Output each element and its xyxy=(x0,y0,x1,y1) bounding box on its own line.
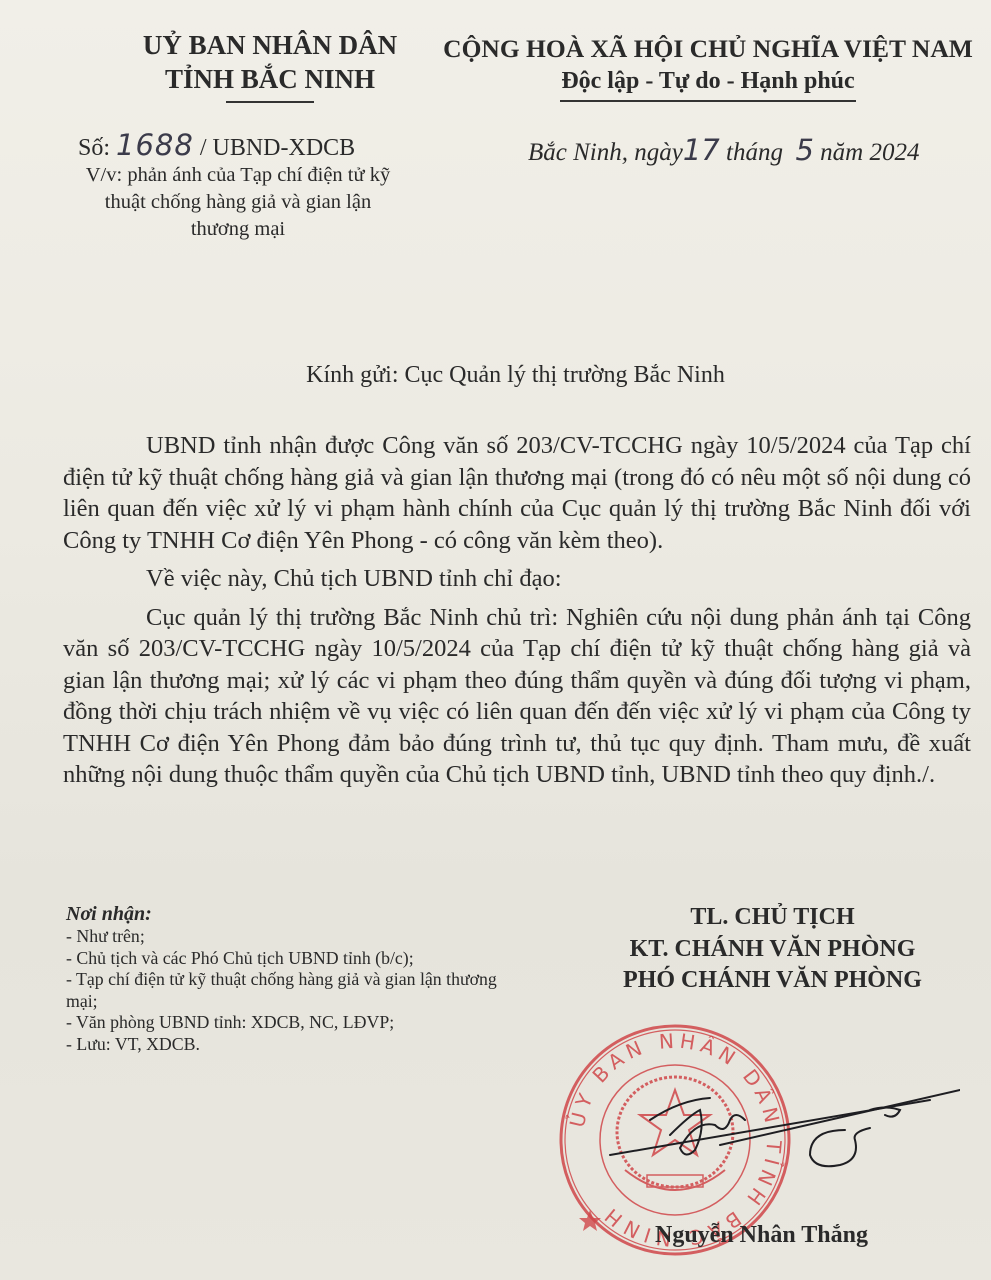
recipient-item: - Lưu: VT, XDCB. xyxy=(66,1034,506,1056)
date-year: năm 2024 xyxy=(820,139,919,166)
national-header: CỘNG HOÀ XÃ HỘI CHỦ NGHĨA VIỆT NAM Độc l… xyxy=(425,33,991,102)
signature-block: TL. CHỦ TỊCH KT. CHÁNH VĂN PHÒNG PHÓ CHÁ… xyxy=(545,902,991,997)
addressee: Kính gửi: Cục Quản lý thị trường Bắc Nin… xyxy=(0,362,991,389)
national-motto: Độc lập - Tự do - Hạnh phúc xyxy=(425,65,991,97)
agency-line-1: UỶ BAN NHÂN DÂN xyxy=(60,28,480,62)
signer-name: Nguyễn Nhân Thắng xyxy=(655,1222,868,1249)
handwritten-signature-icon xyxy=(600,1060,960,1170)
issuing-agency: UỶ BAN NHÂN DÂN TỈNH BẮC NINH xyxy=(60,28,480,103)
number-suffix: / UBND-XDCB xyxy=(200,135,355,161)
agency-line-2: TỈNH BẮC NINH xyxy=(60,62,480,96)
signer-role-2: KT. CHÁNH VĂN PHÒNG xyxy=(545,934,991,966)
number-handwritten: 1688 xyxy=(116,128,194,162)
signer-role-3: PHÓ CHÁNH VĂN PHÒNG xyxy=(545,965,991,997)
date-place: Bắc Ninh, ngày xyxy=(528,139,683,166)
date-month: 5 xyxy=(795,133,813,167)
recipient-item: - Như trên; xyxy=(66,926,506,948)
agency-underline xyxy=(226,101,314,103)
date-day: 17 xyxy=(683,133,720,167)
nation-title: CỘNG HOÀ XÃ HỘI CHỦ NGHĨA VIỆT NAM xyxy=(425,33,991,65)
document-number: Số: 1688 / UBND-XDCB xyxy=(78,128,355,162)
recipient-item: - Văn phòng UBND tỉnh: XDCB, NC, LĐVP; xyxy=(66,1012,506,1034)
recipient-item: - Chủ tịch và các Phó Chủ tịch UBND tỉnh… xyxy=(66,948,506,970)
date-month-label: tháng xyxy=(726,139,783,166)
issue-date: Bắc Ninh, ngày17 tháng 5 năm 2024 xyxy=(528,133,919,167)
body-paragraph: Cục quản lý thị trường Bắc Ninh chủ trì:… xyxy=(63,602,971,791)
recipients-title: Nơi nhận: xyxy=(66,903,506,926)
body-paragraph: UBND tỉnh nhận được Công văn số 203/CV-T… xyxy=(63,430,971,556)
document-subject: V/v: phản ánh của Tạp chí điện tử kỹ thu… xyxy=(78,162,398,243)
recipients-list: Nơi nhận: - Như trên; - Chủ tịch và các … xyxy=(66,903,506,1055)
signer-role-1: TL. CHỦ TỊCH xyxy=(545,902,991,934)
recipient-item: - Tạp chí điện tử kỹ thuật chống hàng gi… xyxy=(66,969,506,1012)
motto-underline xyxy=(560,100,856,102)
body-paragraph: Về việc này, Chủ tịch UBND tỉnh chỉ đạo: xyxy=(63,563,971,595)
document-body: UBND tỉnh nhận được Công văn số 203/CV-T… xyxy=(63,430,971,798)
number-label: Số: xyxy=(78,135,110,161)
